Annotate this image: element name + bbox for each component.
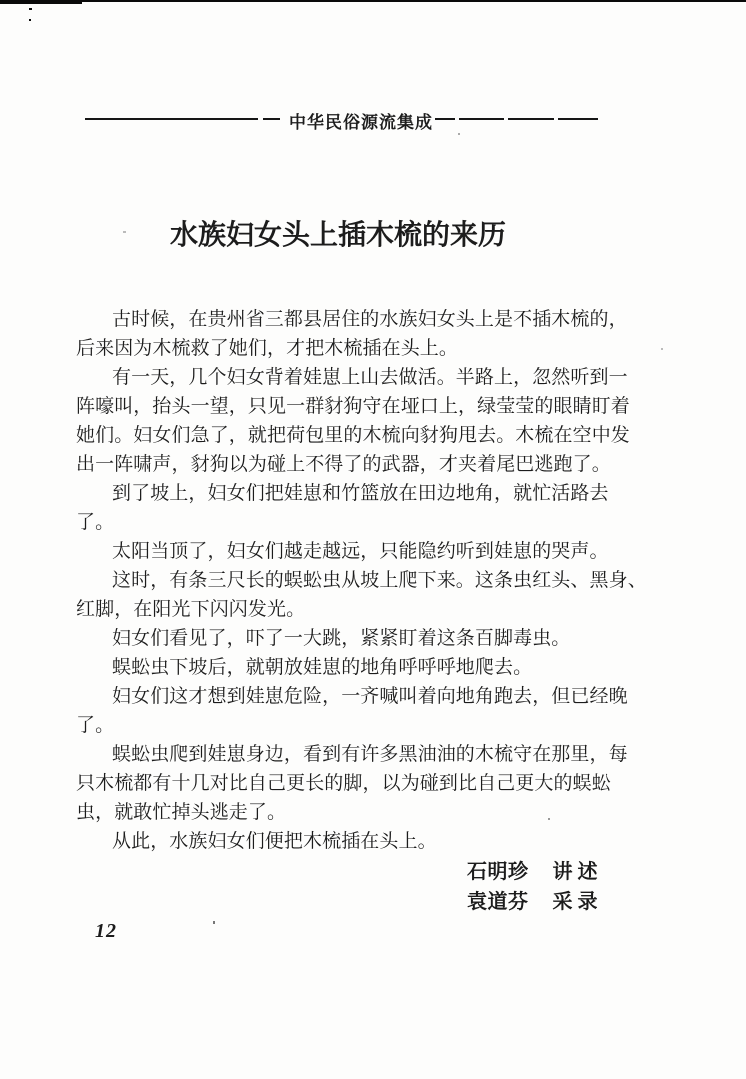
- scan-artifact-speck: [213, 921, 215, 924]
- body-line: 后来因为木梳救了她们，才把木梳插在头上。: [76, 334, 636, 363]
- body-line: 到了坡上，妇女们把娃崽和竹篮放在田边地角，就忙活路去: [76, 479, 636, 508]
- page-number: 12: [95, 920, 117, 943]
- attribution-role: 讲述: [553, 861, 603, 883]
- body-line: 出一阵啸声，豺狗以为碰上不得了的武器，才夹着尾巴逃跑了。: [76, 450, 636, 479]
- header-rule-right-dash: [508, 118, 554, 120]
- body-line: 她们。妇女们急了，就把荷包里的木梳向豺狗甩去。木梳在空中发: [76, 421, 636, 450]
- body-line: 蜈蚣虫爬到娃崽身边，看到有许多黑油油的木梳守在那里，每: [76, 740, 636, 769]
- attribution-row: 袁道芬采录: [467, 887, 603, 917]
- body-line: 妇女们这才想到娃崽危险，一齐喊叫着向地角跑去，但已经晚: [76, 682, 636, 711]
- body-line: 这时，有条三尺长的蜈蚣虫从坡上爬下来。这条虫红头、黑身、: [76, 566, 636, 595]
- scanned-book-page: 中华民俗源流集成 水族妇女头上插木梳的来历 古时候，在贵州省三都县居住的水族妇女…: [0, 0, 746, 1079]
- header-rule-left-dash: [263, 118, 280, 120]
- body-line: 只木梳都有十几对比自己更长的脚，以为碰到比自己更大的蜈蚣: [76, 769, 636, 798]
- scan-artifact-speck: [123, 231, 126, 233]
- body-line: 从此，水族妇女们便把木梳插在头上。: [76, 827, 636, 856]
- header-rule-right-dash: [435, 118, 455, 120]
- attribution-name: 石明珍: [467, 861, 529, 883]
- body-line: 红脚，在阳光下闪闪发光。: [76, 595, 636, 624]
- header-rule-right-dash: [558, 118, 598, 120]
- body-line: 太阳当顶了，妇女们越走越远，只能隐约听到娃崽的哭声。: [76, 537, 636, 566]
- attribution-name: 袁道芬: [467, 891, 529, 913]
- header-rule-right-dash: [459, 118, 504, 120]
- attribution-row: 石明珍讲述: [467, 857, 603, 887]
- body-line: 有一天，几个妇女背着娃崽上山去做活。半路上，忽然听到一: [76, 363, 636, 392]
- scan-artifact-top-edge: [0, 0, 746, 2]
- running-header: 中华民俗源流集成: [289, 108, 433, 133]
- scan-artifact-top-left-bar: [0, 0, 82, 4]
- body-line: 蜈蚣虫下坡后，就朝放娃崽的地角呼呼呼地爬去。: [76, 653, 636, 682]
- scan-artifact-speck: [661, 348, 663, 350]
- body-line: 阵嚎叫，抬头一望，只见一群豺狗守在垭口上，绿莹莹的眼睛盯着: [76, 392, 636, 421]
- scan-artifact-speck: [458, 133, 460, 135]
- article-title: 水族妇女头上插木梳的来历: [170, 213, 506, 253]
- body-line: 妇女们看见了，吓了一大跳，紧紧盯着这条百脚毒虫。: [76, 624, 636, 653]
- scan-artifact-speck: [29, 19, 31, 21]
- story-body: 古时候，在贵州省三都县居住的水族妇女头上是不插木梳的，后来因为木梳救了她们，才把…: [76, 305, 636, 856]
- attribution-block: 石明珍讲述袁道芬采录: [467, 857, 603, 917]
- body-line: 了。: [76, 508, 636, 537]
- header-rule-left: [85, 118, 258, 120]
- body-line: 了。: [76, 711, 636, 740]
- attribution-role: 采录: [553, 891, 603, 913]
- body-line: 虫，就敢忙掉头逃走了。: [76, 798, 636, 827]
- scan-artifact-speck: [29, 8, 32, 10]
- body-line: 古时候，在贵州省三都县居住的水族妇女头上是不插木梳的，: [76, 305, 636, 334]
